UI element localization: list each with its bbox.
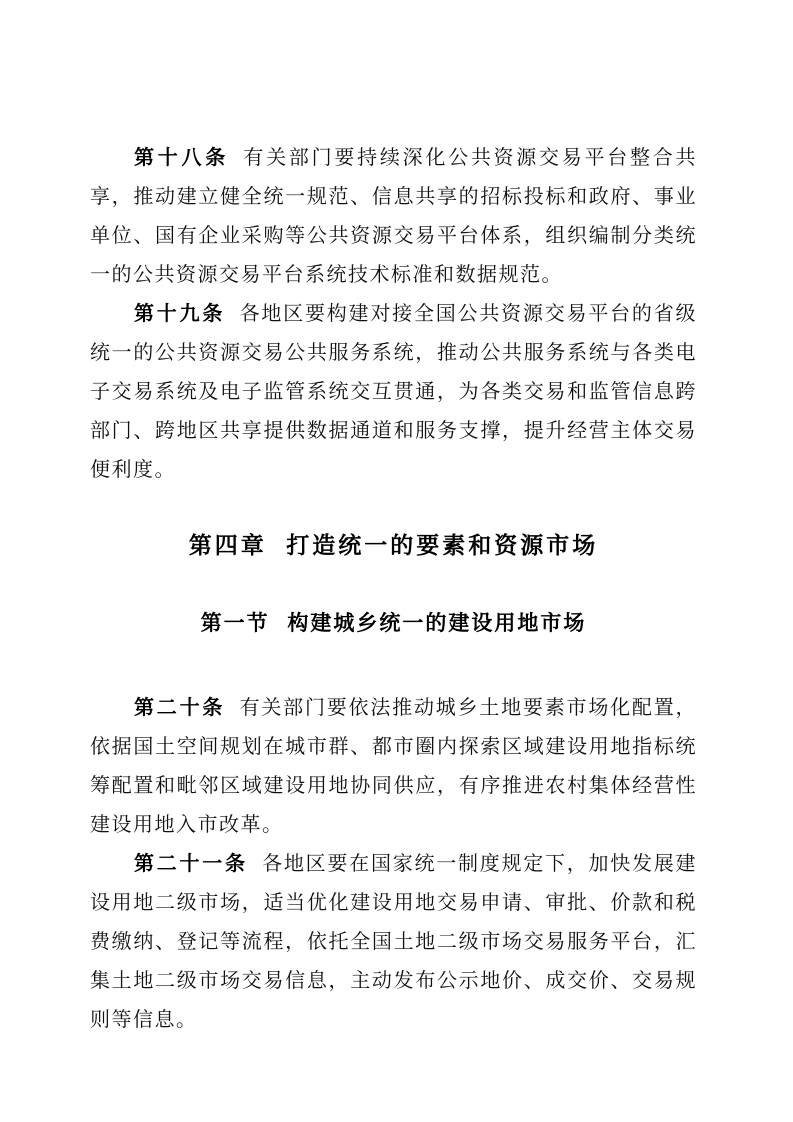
article-paragraph: 第十八条有关部门要持续深化公共资源交易平台整合共享，推动建立健全统一规范、信息共… bbox=[90, 139, 697, 295]
article-number: 第二十条 bbox=[134, 697, 225, 719]
chapter-heading: 第四章打造统一的要素和资源市场 bbox=[90, 526, 697, 565]
article-text: 各地区要在国家统一制度规定下，加快发展建设用地二级市场，适当优化建设用地交易申请… bbox=[90, 853, 697, 1031]
document-page: 第十八条有关部门要持续深化公共资源交易平台整合共享，推动建立健全统一规范、信息共… bbox=[0, 0, 793, 1122]
article-number: 第十九条 bbox=[134, 303, 225, 325]
article-paragraph: 第十九条各地区要构建对接全国公共资源交易平台的省级统一的公共资源交易公共服务系统… bbox=[90, 295, 697, 490]
article-paragraph: 第二十一条各地区要在国家统一制度规定下，加快发展建设用地二级市场，适当优化建设用… bbox=[90, 845, 697, 1040]
chapter-number: 第四章 bbox=[189, 533, 267, 558]
section-number: 第一节 bbox=[201, 612, 270, 635]
article-number: 第十八条 bbox=[134, 147, 229, 169]
article-text: 各地区要构建对接全国公共资源交易平台的省级统一的公共资源交易公共服务系统，推动公… bbox=[90, 303, 697, 481]
section-heading: 第一节构建城乡统一的建设用地市场 bbox=[90, 604, 697, 643]
chapter-title: 打造统一的要素和资源市场 bbox=[286, 533, 598, 558]
article-paragraph: 第二十条有关部门要依法推动城乡土地要素市场化配置，依据国土空间规划在城市群、都市… bbox=[90, 689, 697, 845]
section-title: 构建城乡统一的建设用地市场 bbox=[287, 612, 586, 635]
article-number: 第二十一条 bbox=[134, 853, 248, 875]
